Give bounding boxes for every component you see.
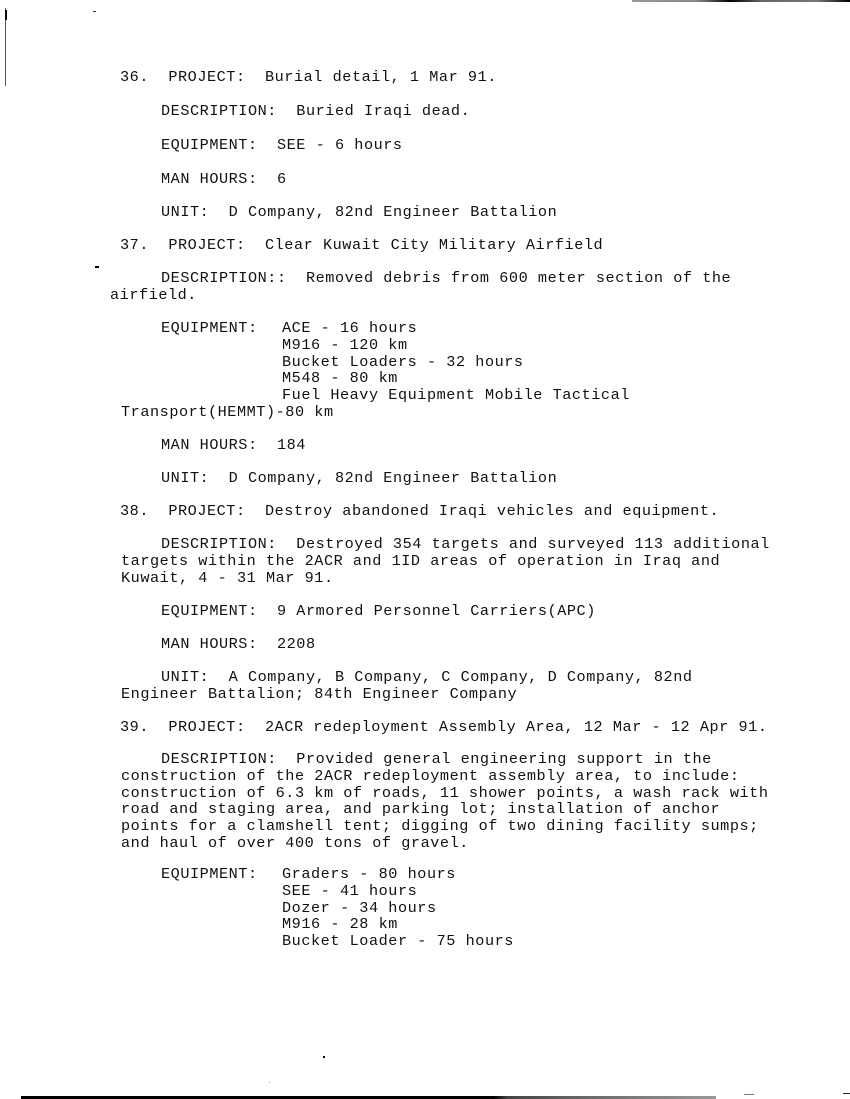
equipment-item-cont: Transport(HEMMT)-80 km xyxy=(121,404,334,421)
unit-text: A Company, B Company, C Company, D Compa… xyxy=(229,668,693,686)
entry-39-description: DESCRIPTION: Provided general engineerin… xyxy=(161,751,712,768)
entry-36-equipment: EQUIPMENT: SEE - 6 hours xyxy=(161,137,403,154)
description-text-cont: and haul of over 400 tons of gravel. xyxy=(121,835,469,852)
description-text: Provided general engineering support in … xyxy=(296,750,712,768)
equipment-item: M916 - 28 km xyxy=(282,916,398,933)
scan-speck xyxy=(269,1082,270,1083)
entry-37-man-hours: MAN HOURS: 184 xyxy=(161,437,306,454)
entry-37-equipment: EQUIPMENT: xyxy=(161,320,258,337)
entry-39-project-line: 39. PROJECT: 2ACR redeployment Assembly … xyxy=(120,719,768,736)
description-text-cont: points for a clamshell tent; digging of … xyxy=(121,818,759,835)
entry-number: 38. xyxy=(120,502,149,520)
entry-number: 36. xyxy=(120,68,149,86)
equipment-label: EQUIPMENT: xyxy=(161,865,258,883)
scan-mark xyxy=(843,1093,850,1094)
equipment-item: Bucket Loader - 75 hours xyxy=(282,933,514,950)
man-hours-label: MAN HOURS: xyxy=(161,170,258,188)
entry-37-project-line: 37. PROJECT: Clear Kuwait City Military … xyxy=(120,237,603,254)
man-hours-value: 184 xyxy=(277,436,306,454)
entry-36-unit: UNIT: D Company, 82nd Engineer Battalion xyxy=(161,204,557,221)
description-label: DESCRIPTION: xyxy=(161,750,277,768)
project-title: Burial detail, 1 Mar 91. xyxy=(265,68,497,86)
description-text-cont: construction of the 2ACR redeployment as… xyxy=(121,768,740,785)
entry-39-equipment: EQUIPMENT: xyxy=(161,866,258,883)
description-label: DESCRIPTION: xyxy=(161,535,277,553)
scan-mark-left xyxy=(5,10,7,20)
equipment-item: SEE - 41 hours xyxy=(282,883,417,900)
equipment-item: ACE - 16 hours xyxy=(282,320,417,337)
entry-37-unit: UNIT: D Company, 82nd Engineer Battalion xyxy=(161,470,557,487)
description-label: DESCRIPTION:: xyxy=(161,269,287,287)
equipment-item: SEE - 6 hours xyxy=(277,136,403,154)
entry-37-description-cont: airfield. xyxy=(110,287,197,304)
unit-text: D Company, 82nd Engineer Battalion xyxy=(229,469,558,487)
project-label: PROJECT: xyxy=(168,718,245,736)
project-label: PROJECT: xyxy=(168,68,245,86)
equipment-item: M916 - 120 km xyxy=(282,337,408,354)
scan-speck xyxy=(95,266,99,268)
entry-36-description: DESCRIPTION: Buried Iraqi dead. xyxy=(161,103,470,120)
entry-38-unit: UNIT: A Company, B Company, C Company, D… xyxy=(161,669,693,686)
man-hours-value: 6 xyxy=(277,170,287,188)
project-title: 2ACR redeployment Assembly Area, 12 Mar … xyxy=(265,718,768,736)
document-page: 36. PROJECT: Burial detail, 1 Mar 91. DE… xyxy=(0,0,850,1099)
man-hours-label: MAN HOURS: xyxy=(161,436,258,454)
entry-38-description: DESCRIPTION: Destroyed 354 targets and s… xyxy=(161,536,770,553)
description-text: airfield. xyxy=(110,286,197,304)
description-text-cont: targets within the 2ACR and 1ID areas of… xyxy=(121,553,720,570)
description-text-cont: Kuwait, 4 - 31 Mar 91. xyxy=(121,570,334,587)
project-title: Clear Kuwait City Military Airfield xyxy=(265,236,603,254)
unit-label: UNIT: xyxy=(161,469,209,487)
description-label: DESCRIPTION: xyxy=(161,102,277,120)
description-text: Removed debris from 600 meter section of… xyxy=(306,269,731,287)
unit-label: UNIT: xyxy=(161,668,209,686)
description-text: Destroyed 354 targets and surveyed 113 a… xyxy=(296,535,770,553)
entry-number: 37. xyxy=(120,236,149,254)
description-text: Buried Iraqi dead. xyxy=(296,102,470,120)
equipment-item: 9 Armored Personnel Carriers(APC) xyxy=(277,602,596,620)
entry-38-project-line: 38. PROJECT: Destroy abandoned Iraqi veh… xyxy=(120,503,719,520)
entry-37-description: DESCRIPTION:: Removed debris from 600 me… xyxy=(161,270,731,287)
project-label: PROJECT: xyxy=(168,502,245,520)
project-label: PROJECT: xyxy=(168,236,245,254)
scan-mark xyxy=(744,1094,754,1095)
equipment-item: Fuel Heavy Equipment Mobile Tactical xyxy=(282,387,630,404)
scan-speck xyxy=(323,1056,325,1058)
unit-label: UNIT: xyxy=(161,203,209,221)
scan-edge-top xyxy=(632,0,850,2)
entry-38-equipment: EQUIPMENT: 9 Armored Personnel Carriers(… xyxy=(161,603,596,620)
equipment-label: EQUIPMENT: xyxy=(161,319,258,337)
equipment-item: M548 - 80 km xyxy=(282,370,398,387)
equipment-label: EQUIPMENT: xyxy=(161,602,258,620)
unit-text-cont: Engineer Battalion; 84th Engineer Compan… xyxy=(121,686,517,703)
entry-38-man-hours: MAN HOURS: 2208 xyxy=(161,636,316,653)
entry-36-man-hours: MAN HOURS: 6 xyxy=(161,171,287,188)
man-hours-label: MAN HOURS: xyxy=(161,635,258,653)
unit-text: D Company, 82nd Engineer Battalion xyxy=(229,203,558,221)
project-title: Destroy abandoned Iraqi vehicles and equ… xyxy=(265,502,719,520)
description-text-cont: road and staging area, and parking lot; … xyxy=(121,801,720,818)
equipment-item: Graders - 80 hours xyxy=(282,866,456,883)
entry-number: 39. xyxy=(120,718,149,736)
scan-speck xyxy=(93,11,96,12)
equipment-label: EQUIPMENT: xyxy=(161,136,258,154)
man-hours-value: 2208 xyxy=(277,635,316,653)
entry-36-project-line: 36. PROJECT: Burial detail, 1 Mar 91. xyxy=(120,69,497,86)
